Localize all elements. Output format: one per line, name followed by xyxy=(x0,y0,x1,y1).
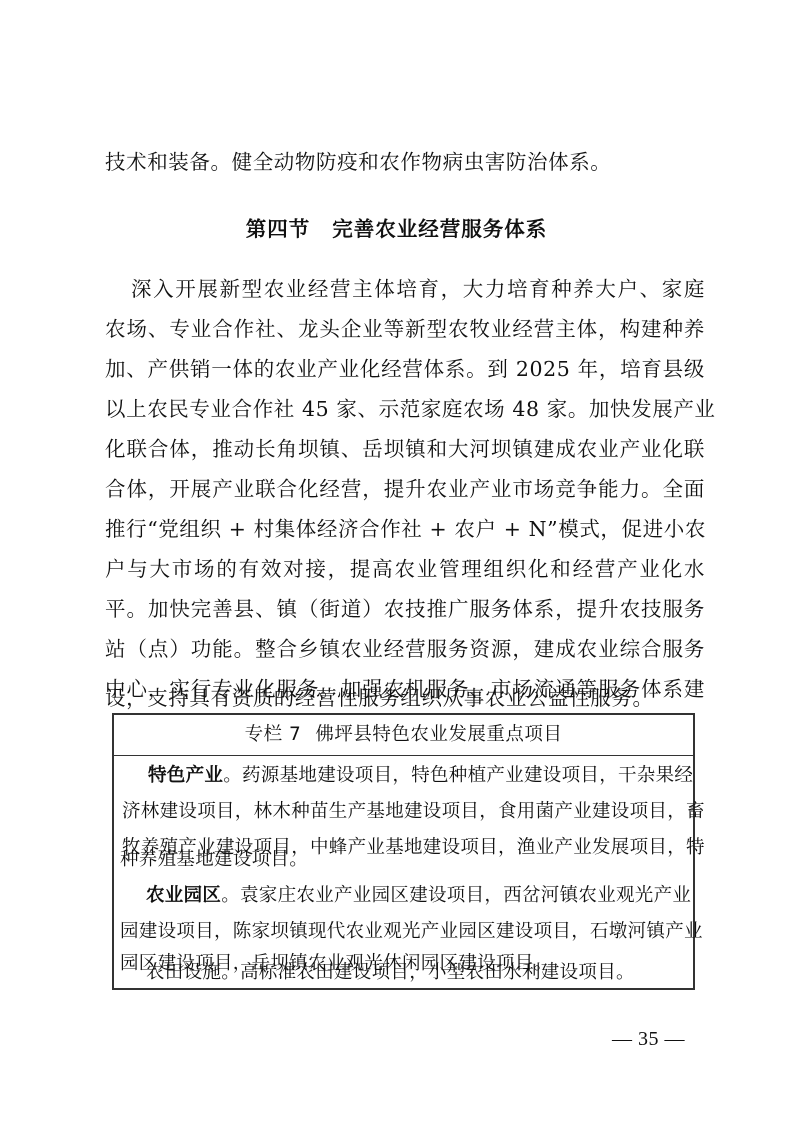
page-number: — 35 — xyxy=(612,1028,685,1051)
section-number: 第四节 xyxy=(246,217,311,241)
box-line: 种养殖基地建设项目。 xyxy=(120,849,685,871)
section-heading: 第四节完善农业经营服务体系 xyxy=(0,212,793,242)
paragraph-line: 户与大市场的有效对接，提高农业管理组织化和经营产业化水 xyxy=(105,557,705,581)
paragraph-line: 设，支持具有资质的经营性服务组织从事农业公益性服务。 xyxy=(105,686,705,710)
paragraph-line: 农场、专业合作社、龙头企业等新型农牧业经营主体，构建种养 xyxy=(105,317,705,341)
paragraph-line: 深入开展新型农业经营主体培育，大力培育种养大户、家庭 xyxy=(105,277,705,301)
box-section-text: 。药源基地建设项目，特色种植产业建设项目，干杂果经 xyxy=(223,765,693,786)
box-section-text: 。高标准农田建设项目，小型农田水利建设项目。 xyxy=(221,962,635,983)
paragraph-line: 平。加快完善县、镇（街道）农技推广服务体系，提升农技服务 xyxy=(105,597,705,621)
box-section-heading-plain: 农田设施 xyxy=(146,962,221,983)
paragraph-line: 推行“党组织 + 村集体经济合作社 + 农户 + N”模式，促进小农 xyxy=(105,517,705,541)
paragraph-line: 合体，开展产业联合化经营，提升农业产业市场竞争能力。全面 xyxy=(105,477,705,501)
paragraph-line: 加、产供销一体的农业产业化经营体系。到 2025 年，培育县级 xyxy=(105,357,705,381)
box-line: 农业园区。袁家庄农业产业园区建设项目，西岔河镇农业观光产业 xyxy=(120,885,685,907)
box-label: 专栏 7 xyxy=(245,724,302,745)
box-header: 专栏 7佛坪县特色农业发展重点项目 xyxy=(114,715,693,756)
box-line: 园建设项目，陈家坝镇现代农业观光产业园区建设项目，石墩河镇产业 xyxy=(120,921,685,943)
box-title: 佛坪县特色农业发展重点项目 xyxy=(315,724,562,745)
paragraph-line: 以上农民专业合作社 45 家、示范家庭农场 48 家。加快发展产业 xyxy=(105,397,705,421)
box-section-heading: 特色产业 xyxy=(148,765,223,786)
paragraph-line: 化联合体，推动长角坝镇、岳坝镇和大河坝镇建成农业产业化联 xyxy=(105,437,705,461)
box-line: 济林建设项目，林木种苗生产基地建设项目，食用菌产业建设项目，畜 xyxy=(122,801,687,823)
box-section-text: 。袁家庄农业产业园区建设项目，西岔河镇农业观光产业 xyxy=(221,885,691,906)
box-section-heading: 农业园区 xyxy=(146,885,221,906)
section-title: 完善农业经营服务体系 xyxy=(332,217,547,241)
box-line: 特色产业。药源基地建设项目，特色种植产业建设项目，干杂果经 xyxy=(122,765,687,787)
box-line-last: 农田设施。高标准农田建设项目，小型农田水利建设项目。 xyxy=(120,962,685,984)
paragraph-line: 站（点）功能。整合乡镇农业经营服务资源，建成农业综合服务 xyxy=(105,637,705,661)
continuation-text: 技术和装备。健全动物防疫和农作物病虫害防治体系。 xyxy=(105,150,705,174)
